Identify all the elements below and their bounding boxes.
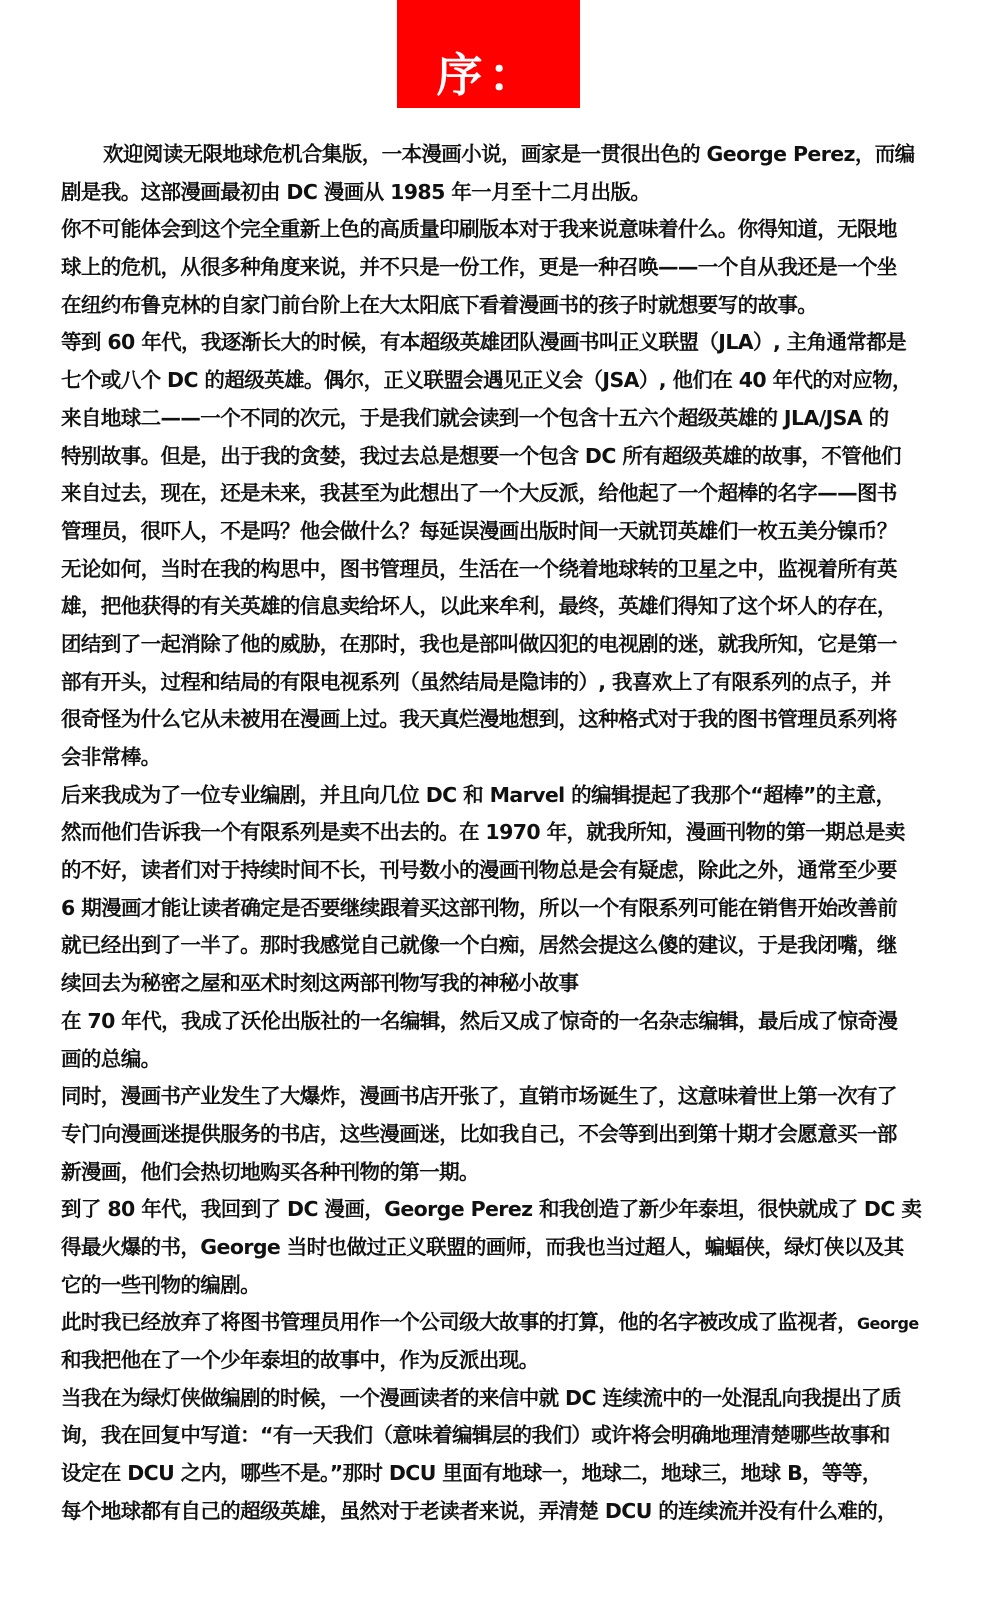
text-line: 续回去为秘密之屋和巫术时刻这两部刊物写我的神秘小故事 — [61, 965, 941, 1003]
text-line-main: 此时我已经放弃了将图书管理员用作一个公司级大故事的打算，他的名字被改成了监视者， — [61, 1310, 857, 1334]
preface-body: 欢迎阅读无限地球危机合集版，一本漫画小说，画家是一贯很出色的 George Pe… — [61, 136, 941, 1530]
text-line: 特别故事。但是，出于我的贪婪，我过去总是想要一个包含 DC 所有超级英雄的故事，… — [61, 438, 941, 476]
text-line-suffix: George — [857, 1314, 919, 1333]
text-line: 新漫画，他们会热切地购买各种刊物的第一期。 — [61, 1154, 941, 1192]
text-line: 到了 80 年代，我回到了 DC 漫画，George Perez 和我创造了新少… — [61, 1191, 941, 1229]
text-line: 在纽约布鲁克林的自家门前台阶上在大太阳底下看着漫画书的孩子时就想要写的故事。 — [61, 287, 941, 325]
text-line: 球上的危机，从很多种角度来说，并不只是一份工作，更是一种召唤——一个自从我还是一… — [61, 249, 941, 287]
text-line: 无论如何，当时在我的构思中，图书管理员，生活在一个绕着地球转的卫星之中，监视着所… — [61, 551, 941, 589]
text-line: 6 期漫画才能让读者确定是否要继续跟着买这部刊物，所以一个有限系列可能在销售开始… — [61, 890, 941, 928]
text-line: 会非常棒。 — [61, 739, 941, 777]
text-line: 它的一些刊物的编剧。 — [61, 1267, 941, 1305]
text-line: 就已经出到了一半了。那时我感觉自己就像一个白痴，居然会提这么傻的建议，于是我闭嘴… — [61, 927, 941, 965]
text-line: 部有开头，过程和结局的有限电视系列（虽然结局是隐讳的）, 我喜欢上了有限系列的点… — [61, 664, 941, 702]
text-line: 每个地球都有自己的超级英雄，虽然对于老读者来说，弄清楚 DCU 的连续流并没有什… — [61, 1493, 941, 1531]
text-line: 画的总编。 — [61, 1041, 941, 1079]
text-line: 团结到了一起消除了他的威胁，在那时，我也是部叫做囚犯的电视剧的迷，就我所知，它是… — [61, 626, 941, 664]
text-line: 很奇怪为什么它从未被用在漫画上过。我天真烂漫地想到，这种格式对于我的图书管理员系… — [61, 701, 941, 739]
text-line: 管理员，很吓人，不是吗？他会做什么？每延误漫画出版时间一天就罚英雄们一枚五美分镍… — [61, 513, 941, 551]
title-banner: 序： — [397, 0, 580, 108]
text-line: 在 70 年代，我成了沃伦出版社的一名编辑，然后又成了惊奇的一名杂志编辑，最后成… — [61, 1003, 941, 1041]
text-line: 剧是我。这部漫画最初由 DC 漫画从 1985 年一月至十二月出版。 — [61, 174, 941, 212]
text-line: 欢迎阅读无限地球危机合集版，一本漫画小说，画家是一贯很出色的 George Pe… — [61, 136, 941, 174]
text-line: 和我把他在了一个少年泰坦的故事中，作为反派出现。 — [61, 1342, 941, 1380]
page-title: 序： — [437, 52, 541, 98]
text-line: 同时，漫画书产业发生了大爆炸，漫画书店开张了，直销市场诞生了，这意味着世上第一次… — [61, 1078, 941, 1116]
text-line: 询，我在回复中写道：“有一天我们（意味着编辑层的我们）或许将会明确地理清楚哪些故… — [61, 1417, 941, 1455]
text-line: 然而他们告诉我一个有限系列是卖不出去的。在 1970 年，就我所知，漫画刊物的第… — [61, 814, 941, 852]
text-line: 此时我已经放弃了将图书管理员用作一个公司级大故事的打算，他的名字被改成了监视者，… — [61, 1304, 941, 1342]
text-line: 雄，把他获得的有关英雄的信息卖给坏人，以此来牟利，最终，英雄们得知了这个坏人的存… — [61, 588, 941, 626]
text-line: 七个或八个 DC 的超级英雄。偶尔，正义联盟会遇见正义会（JSA）, 他们在 4… — [61, 362, 941, 400]
text-line: 来自地球二——一个不同的次元，于是我们就会读到一个包含十五六个超级英雄的 JLA… — [61, 400, 941, 438]
text-line: 等到 60 年代，我逐渐长大的时候，有本超级英雄团队漫画书叫正义联盟（JLA）,… — [61, 324, 941, 362]
text-line: 得最火爆的书，George 当时也做过正义联盟的画师，而我也当过超人，蝙蝠侠，绿… — [61, 1229, 941, 1267]
text-line: 你不可能体会到这个完全重新上色的高质量印刷版本对于我来说意味着什么。你得知道，无… — [61, 211, 941, 249]
text-line: 当我在为绿灯侠做编剧的时候，一个漫画读者的来信中就 DC 连续流中的一处混乱向我… — [61, 1380, 941, 1418]
text-line: 来自过去，现在，还是未来，我甚至为此想出了一个大反派，给他起了一个超棒的名字——… — [61, 475, 941, 513]
text-line: 后来我成为了一位专业编剧，并且向几位 DC 和 Marvel 的编辑提起了我那个… — [61, 777, 941, 815]
text-line: 专门向漫画迷提供服务的书店，这些漫画迷，比如我自己，不会等到出到第十期才会愿意买… — [61, 1116, 941, 1154]
text-line: 设定在 DCU 之内，哪些不是。”那时 DCU 里面有地球一，地球二，地球三，地… — [61, 1455, 941, 1493]
text-line: 的不好，读者们对于持续时间不长，刊号数小的漫画刊物总是会有疑虑，除此之外，通常至… — [61, 852, 941, 890]
